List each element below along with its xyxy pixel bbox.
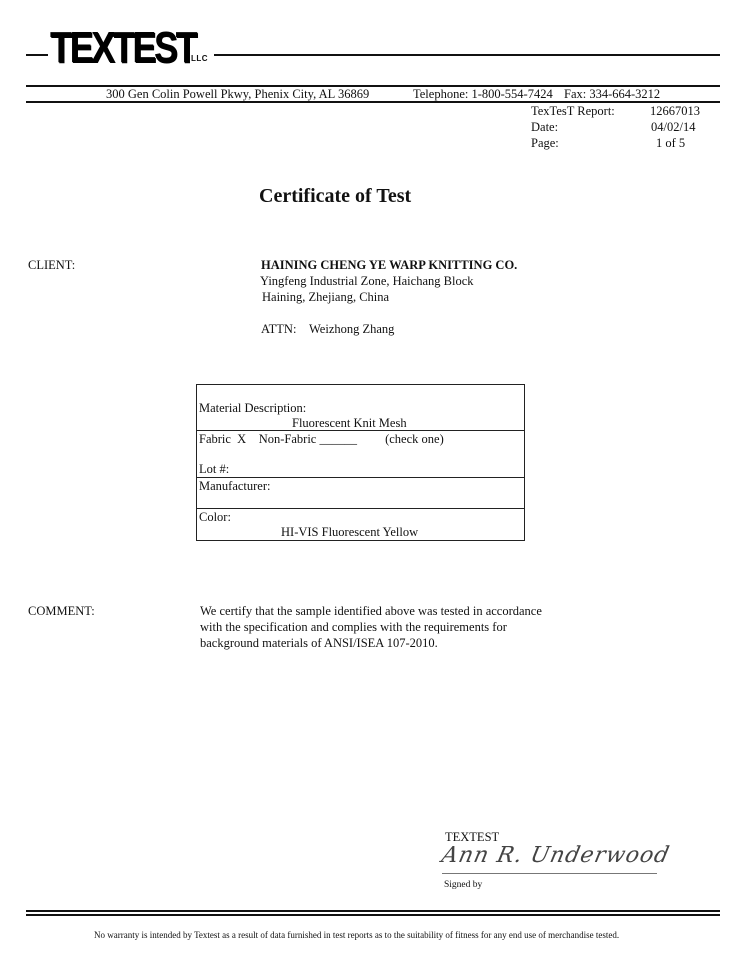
company-fax: Fax: 334-664-3212 — [564, 87, 660, 102]
company-address: 300 Gen Colin Powell Pkwy, Phenix City, … — [106, 87, 369, 102]
box-divider — [197, 430, 524, 431]
company-telephone: Telephone: 1-800-554-7424 — [413, 87, 553, 102]
logo-text-tex: TEX — [50, 23, 113, 72]
material-description-value: Fluorescent Knit Mesh — [292, 416, 407, 431]
logo-suffix: LLC — [191, 54, 208, 63]
comment-line: background materials of ANSI/ISEA 107-20… — [200, 636, 438, 651]
color-value: HI-VIS Fluorescent Yellow — [281, 525, 418, 540]
manufacturer-label: Manufacturer: — [199, 479, 271, 494]
lot-label: Lot #: — [199, 462, 229, 477]
comment-line: We certify that the sample identified ab… — [200, 604, 542, 619]
logo-text-test: TEST — [113, 23, 195, 72]
client-name: HAINING CHENG YE WARP KNITTING CO. — [261, 258, 517, 273]
box-divider — [197, 508, 524, 509]
footer-rule-top — [26, 910, 720, 912]
attn-label: ATTN: — [261, 322, 296, 337]
color-label: Color: — [199, 510, 231, 525]
report-page-value: 1 of 5 — [656, 136, 685, 151]
fabric-check-line: Fabric X Non-Fabric ______ (check one) — [199, 432, 444, 447]
report-number-value: 12667013 — [650, 104, 700, 119]
report-date-value: 04/02/14 — [651, 120, 695, 135]
box-divider — [197, 477, 524, 478]
header-rule-left — [26, 54, 48, 56]
address-rule-bottom — [26, 101, 720, 103]
material-box: Material Description: Fluorescent Knit M… — [196, 384, 525, 541]
textest-logo: TEXTEST LLC — [50, 31, 227, 67]
client-address-line1: Yingfeng Industrial Zone, Haichang Block — [260, 274, 474, 289]
signature-image: Ann R. Underwood — [439, 843, 672, 868]
report-page-label: Page: — [531, 136, 559, 151]
client-label: CLIENT: — [28, 258, 75, 273]
footer-rule-bottom — [26, 914, 720, 916]
comment-line: with the specification and complies with… — [200, 620, 507, 635]
signature-line — [442, 873, 657, 874]
report-number-label: TexTesT Report: — [531, 104, 615, 119]
header-rule-right — [214, 54, 720, 56]
material-description-label: Material Description: — [199, 401, 306, 416]
client-address-line2: Haining, Zhejiang, China — [262, 290, 389, 305]
report-date-label: Date: — [531, 120, 558, 135]
footer-disclaimer: No warranty is intended by Textest as a … — [94, 930, 619, 940]
page-title: Certificate of Test — [259, 185, 411, 208]
signed-by-label: Signed by — [444, 880, 482, 890]
comment-label: COMMENT: — [28, 604, 95, 619]
attn-name: Weizhong Zhang — [309, 322, 394, 337]
